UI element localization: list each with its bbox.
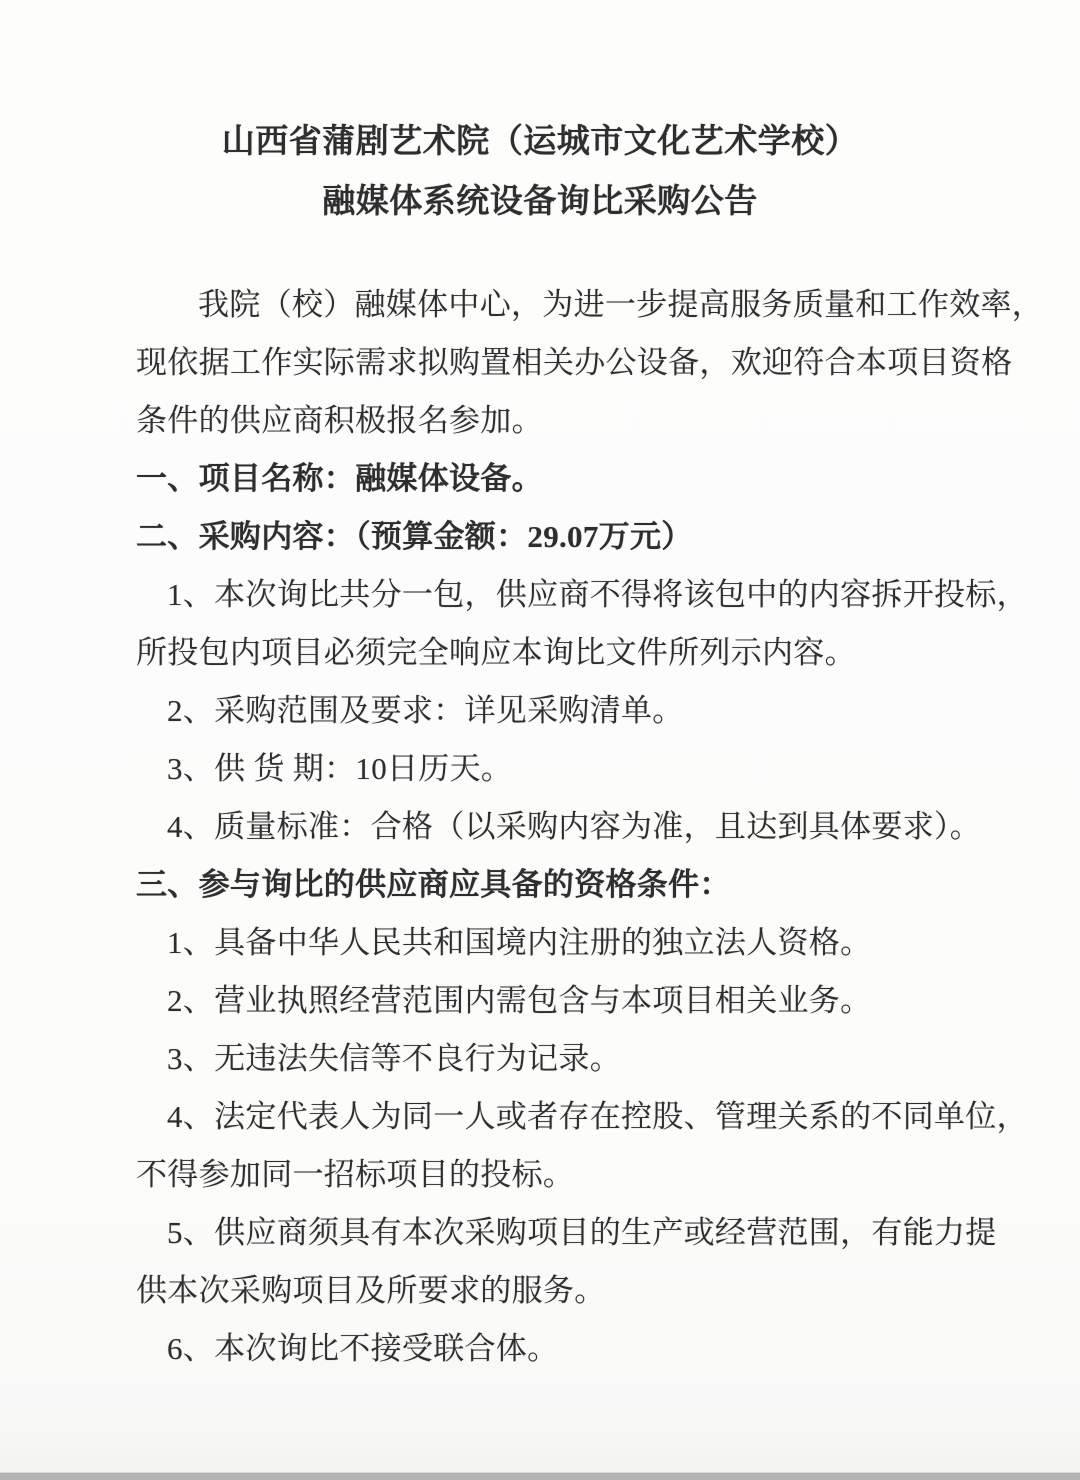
qualification-item-line: 不得参加同一招标项目的投标。: [136, 1146, 1030, 1204]
procurement-item-line: 4、质量标准：合格（以采购内容为准，且达到具体要求）。: [136, 798, 1030, 856]
qualification-item-line: 5、供应商须具有本次采购项目的生产或经营范围，有能力提: [136, 1204, 1030, 1262]
intro-paragraph-line: 我院（校）融媒体中心，为进一步提高服务质量和工作效率，: [136, 276, 1030, 334]
qualification-item-line: 4、法定代表人为同一人或者存在控股、管理关系的不同单位，: [136, 1088, 1030, 1146]
document-title-line-2: 融媒体系统设备询比采购公告: [0, 172, 1080, 232]
procurement-item-line: 1、本次询比共分一包，供应商不得将该包中的内容拆开投标，: [136, 566, 1030, 624]
intro-paragraph-line: 条件的供应商积极报名参加。: [136, 392, 1030, 450]
qualification-item-line: 3、无违法失信等不良行为记录。: [136, 1030, 1030, 1088]
qualification-item-line: 6、本次询比不接受联合体。: [136, 1320, 1030, 1378]
qualification-item-line: 1、具备中华人民共和国境内注册的独立法人资格。: [136, 914, 1030, 972]
procurement-item-line: 所投包内项目必须完全响应本询比文件所列示内容。: [136, 624, 1030, 682]
scanned-document-page: 山西省蒲剧艺术院（运城市文化艺术学校） 融媒体系统设备询比采购公告 我院（校）融…: [0, 0, 1080, 1480]
intro-paragraph-line: 现依据工作实际需求拟购置相关办公设备，欢迎符合本项目资格: [136, 334, 1030, 392]
qualification-item-line: 2、营业执照经营范围内需包含与本项目相关业务。: [136, 972, 1030, 1030]
section-heading-procurement: 二、采购内容：（预算金额：29.07万元）: [136, 508, 1030, 566]
document-title-line-1: 山西省蒲剧艺术院（运城市文化艺术学校）: [0, 112, 1080, 172]
procurement-item-line: 3、供 货 期：10日历天。: [136, 740, 1030, 798]
qualification-item-line: 供本次采购项目及所要求的服务。: [136, 1262, 1030, 1320]
document-title: 山西省蒲剧艺术院（运城市文化艺术学校） 融媒体系统设备询比采购公告: [0, 0, 1080, 232]
scan-bottom-edge: [0, 1472, 1080, 1480]
section-heading-qualifications: 三、参与询比的供应商应具备的资格条件：: [136, 856, 1030, 914]
section-heading-project-name: 一、项目名称：融媒体设备。: [136, 450, 1030, 508]
document-body: 我院（校）融媒体中心，为进一步提高服务质量和工作效率， 现依据工作实际需求拟购置…: [0, 276, 1080, 1378]
procurement-item-line: 2、采购范围及要求：详见采购清单。: [136, 682, 1030, 740]
